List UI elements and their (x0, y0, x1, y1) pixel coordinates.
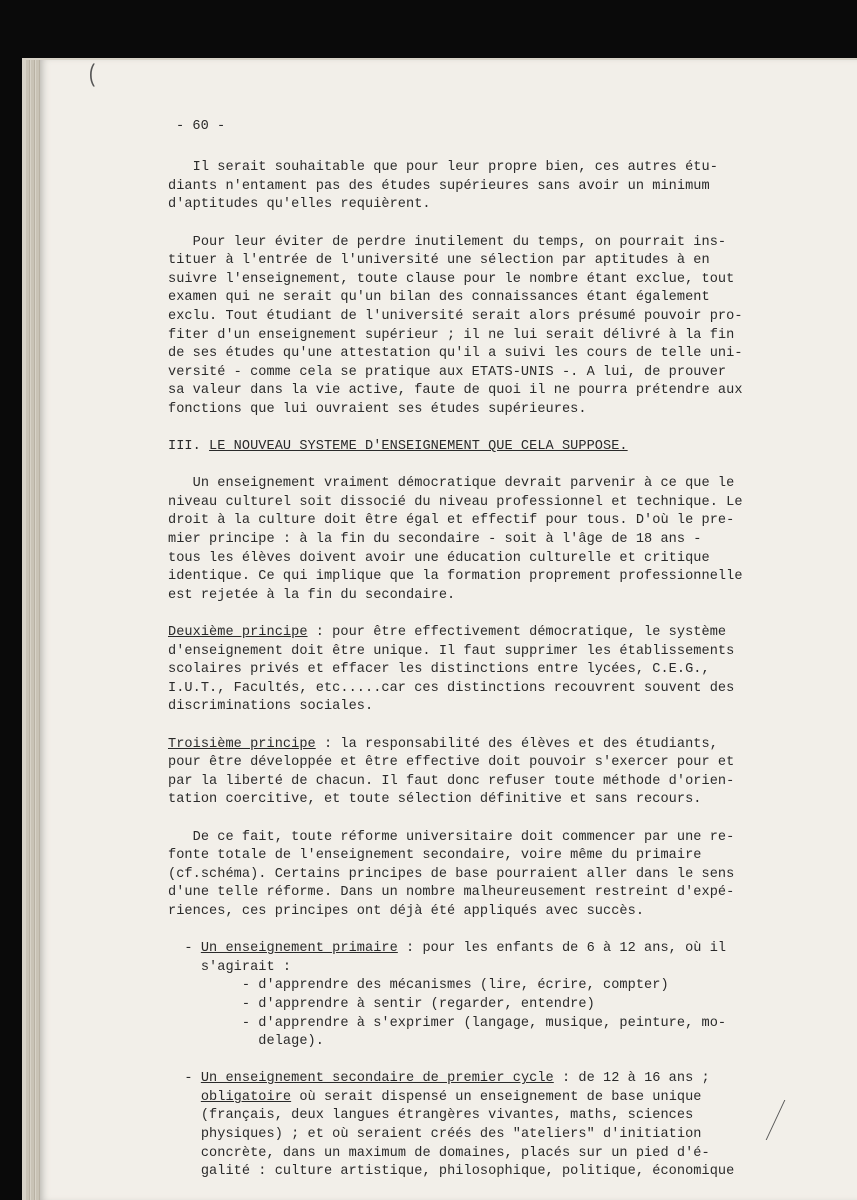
line-text: riences, ces principes ont déjà été appl… (168, 904, 644, 919)
sub-item: - d'apprendre des mécanismes (lire, écri… (168, 977, 778, 996)
line-text: d'aptitudes qu'elles requièrent. (168, 197, 431, 212)
line-text: fiter d'un enseignement supérieur ; il n… (168, 328, 734, 343)
text-line: galité : culture artistique, philosophiq… (168, 1163, 778, 1182)
text-line: s'agirait : (168, 959, 778, 978)
line-text: (français, deux langues étrangères vivan… (201, 1108, 693, 1123)
line-text: diants n'entament pas des études supérie… (168, 179, 710, 194)
line-text: scolaires privés et effacer les distinct… (168, 662, 710, 677)
line-text: physiques) ; et où seraient créés des "a… (201, 1127, 702, 1142)
line-text: où serait dispensé un enseignement de ba… (291, 1090, 701, 1105)
line-text: fonctions que lui ouvraient ses études s… (168, 402, 587, 417)
text-line: riences, ces principes ont déjà été appl… (168, 903, 778, 922)
principle-label: Troisième principe (168, 737, 316, 752)
paragraph: Deuxième principe : pour être effectivem… (168, 624, 778, 717)
text-line: examen qui ne serait qu'un bilan des con… (168, 289, 778, 308)
text-line: est rejetée à la fin du secondaire. (168, 587, 778, 606)
line-text: examen qui ne serait qu'un bilan des con… (168, 290, 710, 305)
spacer (168, 215, 778, 234)
line-text: mier principe : à la fin du secondaire -… (168, 532, 702, 547)
line-text: : la responsabilité des élèves et des ét… (316, 737, 718, 752)
text-line: fonctions que lui ouvraient ses études s… (168, 401, 778, 420)
line-text: pour être développée et être effective d… (168, 755, 734, 770)
text-line: niveau culturel soit dissocié du niveau … (168, 494, 778, 513)
spacer (168, 1052, 778, 1071)
text-line: d'enseignement doit être unique. Il faut… (168, 643, 778, 662)
text-line: tituer à l'entrée de l'université une sé… (168, 252, 778, 271)
paragraph: Troisième principe : la responsabilité d… (168, 736, 778, 810)
text-line: scolaires privés et effacer les distinct… (168, 661, 778, 680)
text-line: droit à la culture doit être égal et eff… (168, 512, 778, 531)
margin-mark: ( (87, 62, 98, 90)
spacer (168, 717, 778, 736)
list-dash: - (168, 941, 201, 956)
line-text: d'enseignement doit être unique. Il faut… (168, 644, 734, 659)
text-line: exclu. Tout étudiant de l'université ser… (168, 308, 778, 327)
line-text: de ses études qu'une attestation qu'il a… (168, 346, 743, 361)
indent (168, 1146, 201, 1161)
text-line: (français, deux langues étrangères vivan… (168, 1107, 778, 1126)
text-line: discriminations sociales. (168, 698, 778, 717)
list-item: - Un enseignement secondaire de premier … (168, 1070, 778, 1182)
line-text: Il serait souhaitable que pour leur prop… (168, 160, 718, 175)
section-heading: III. LE NOUVEAU SYSTEME D'ENSEIGNEMENT Q… (168, 438, 778, 457)
heading-text: LE NOUVEAU SYSTEME D'ENSEIGNEMENT QUE CE… (209, 439, 628, 454)
paragraph: De ce fait, toute réforme universitaire … (168, 829, 778, 922)
text-line: tous les élèves doivent avoir une éducat… (168, 550, 778, 569)
text-line: obligatoire où serait dispensé un enseig… (168, 1089, 778, 1108)
text-line: sa valeur dans la vie active, faute de q… (168, 382, 778, 401)
heading-number: III. (168, 439, 209, 454)
line-text: concrète, dans un maximum de domaines, p… (201, 1146, 710, 1161)
line-text: discriminations sociales. (168, 699, 373, 714)
line-text: tous les élèves doivent avoir une éducat… (168, 551, 710, 566)
indent (168, 1090, 201, 1105)
text-line: d'aptitudes qu'elles requièrent. (168, 196, 778, 215)
page-number: - 60 - (176, 118, 778, 137)
line-text: est rejetée à la fin du secondaire. (168, 588, 455, 603)
list-item: - Un enseignement primaire : pour les en… (168, 940, 778, 1052)
line-text: galité : culture artistique, philosophiq… (201, 1164, 735, 1179)
text-line: Deuxième principe : pour être effectivem… (168, 624, 778, 643)
line-text: s'agirait : (201, 960, 291, 975)
text-line: fonte totale de l'enseignement secondair… (168, 847, 778, 866)
line-text: Un enseignement vraiment démocratique de… (168, 476, 734, 491)
heading-line: III. LE NOUVEAU SYSTEME D'ENSEIGNEMENT Q… (168, 438, 778, 457)
text-line: identique. Ce qui implique que la format… (168, 568, 778, 587)
text-line: pour être développée et être effective d… (168, 754, 778, 773)
text-line: Troisième principe : la responsabilité d… (168, 736, 778, 755)
line-text: fonte totale de l'enseignement secondair… (168, 848, 702, 863)
line-text: sa valeur dans la vie active, faute de q… (168, 383, 743, 398)
line-text: Pour leur éviter de perdre inutilement d… (168, 235, 726, 250)
text-line: concrète, dans un maximum de domaines, p… (168, 1145, 778, 1164)
line-text: d'une telle réforme. Dans un nombre malh… (168, 885, 734, 900)
page-edge (26, 60, 30, 1200)
text-line: - Un enseignement secondaire de premier … (168, 1070, 778, 1089)
line-text: identique. Ce qui implique que la format… (168, 569, 743, 584)
spacer (168, 922, 778, 941)
text-line: versité - comme cela se pratique aux ETA… (168, 364, 778, 383)
line-text: exclu. Tout étudiant de l'université ser… (168, 309, 743, 324)
text-line: d'une telle réforme. Dans un nombre malh… (168, 884, 778, 903)
principle-label: Deuxième principe (168, 625, 308, 640)
line-text: De ce fait, toute réforme universitaire … (168, 830, 734, 845)
document-text: - 60 - Il serait souhaitable que pour le… (168, 118, 778, 1182)
text-line: Il serait souhaitable que pour leur prop… (168, 159, 778, 178)
text-line: (cf.schéma). Certains principes de base … (168, 866, 778, 885)
page-edge (31, 60, 35, 1200)
text-line: suivre l'enseignement, toute clause pour… (168, 271, 778, 290)
spacer (168, 810, 778, 829)
line-text: tituer à l'entrée de l'université une sé… (168, 253, 710, 268)
text-line: tation coercitive, et toute sélection dé… (168, 791, 778, 810)
text-line: - Un enseignement primaire : pour les en… (168, 940, 778, 959)
paragraph: Pour leur éviter de perdre inutilement d… (168, 234, 778, 420)
spacer (168, 457, 778, 476)
text-line: De ce fait, toute réforme universitaire … (168, 829, 778, 848)
line-text: versité - comme cela se pratique aux ETA… (168, 365, 726, 380)
list-dash: - (168, 1071, 201, 1086)
spacer (168, 141, 778, 160)
list-lead: Un enseignement primaire (201, 941, 398, 956)
list-lead: Un enseignement secondaire de premier cy… (201, 1071, 554, 1086)
sub-item: - d'apprendre à sentir (regarder, entend… (168, 996, 778, 1015)
text-line: diants n'entament pas des études supérie… (168, 178, 778, 197)
spacer (168, 605, 778, 624)
paragraph: Un enseignement vraiment démocratique de… (168, 475, 778, 605)
sub-item: - d'apprendre à s'exprimer (langage, mus… (168, 1015, 778, 1034)
text-line: physiques) ; et où seraient créés des "a… (168, 1126, 778, 1145)
text-line: par la liberté de chacun. Il faut donc r… (168, 773, 778, 792)
text-line: I.U.T., Facultés, etc.....car ces distin… (168, 680, 778, 699)
list-lead: obligatoire (201, 1090, 291, 1105)
line-text: droit à la culture doit être égal et eff… (168, 513, 734, 528)
indent (168, 960, 201, 975)
line-text: niveau culturel soit dissocié du niveau … (168, 495, 743, 510)
line-text: I.U.T., Facultés, etc.....car ces distin… (168, 681, 734, 696)
text-line: de ses études qu'une attestation qu'il a… (168, 345, 778, 364)
line-text: par la liberté de chacun. Il faut donc r… (168, 774, 734, 789)
line-text: (cf.schéma). Certains principes de base … (168, 867, 734, 882)
indent (168, 1164, 201, 1179)
spacer (168, 420, 778, 439)
text-line: Pour leur éviter de perdre inutilement d… (168, 234, 778, 253)
indent (168, 1127, 201, 1142)
line-text: : de 12 à 16 ans ; (554, 1071, 710, 1086)
line-text: suivre l'enseignement, toute clause pour… (168, 272, 734, 287)
paragraph: Il serait souhaitable que pour leur prop… (168, 159, 778, 215)
line-text: : pour être effectivement démocratique, … (308, 625, 727, 640)
indent (168, 1108, 201, 1123)
line-text: tation coercitive, et toute sélection dé… (168, 792, 702, 807)
text-line: mier principe : à la fin du secondaire -… (168, 531, 778, 550)
text-line: fiter d'un enseignement supérieur ; il n… (168, 327, 778, 346)
text-line: Un enseignement vraiment démocratique de… (168, 475, 778, 494)
sub-item: delage). (168, 1033, 778, 1052)
line-text: : pour les enfants de 6 à 12 ans, où il (398, 941, 726, 956)
